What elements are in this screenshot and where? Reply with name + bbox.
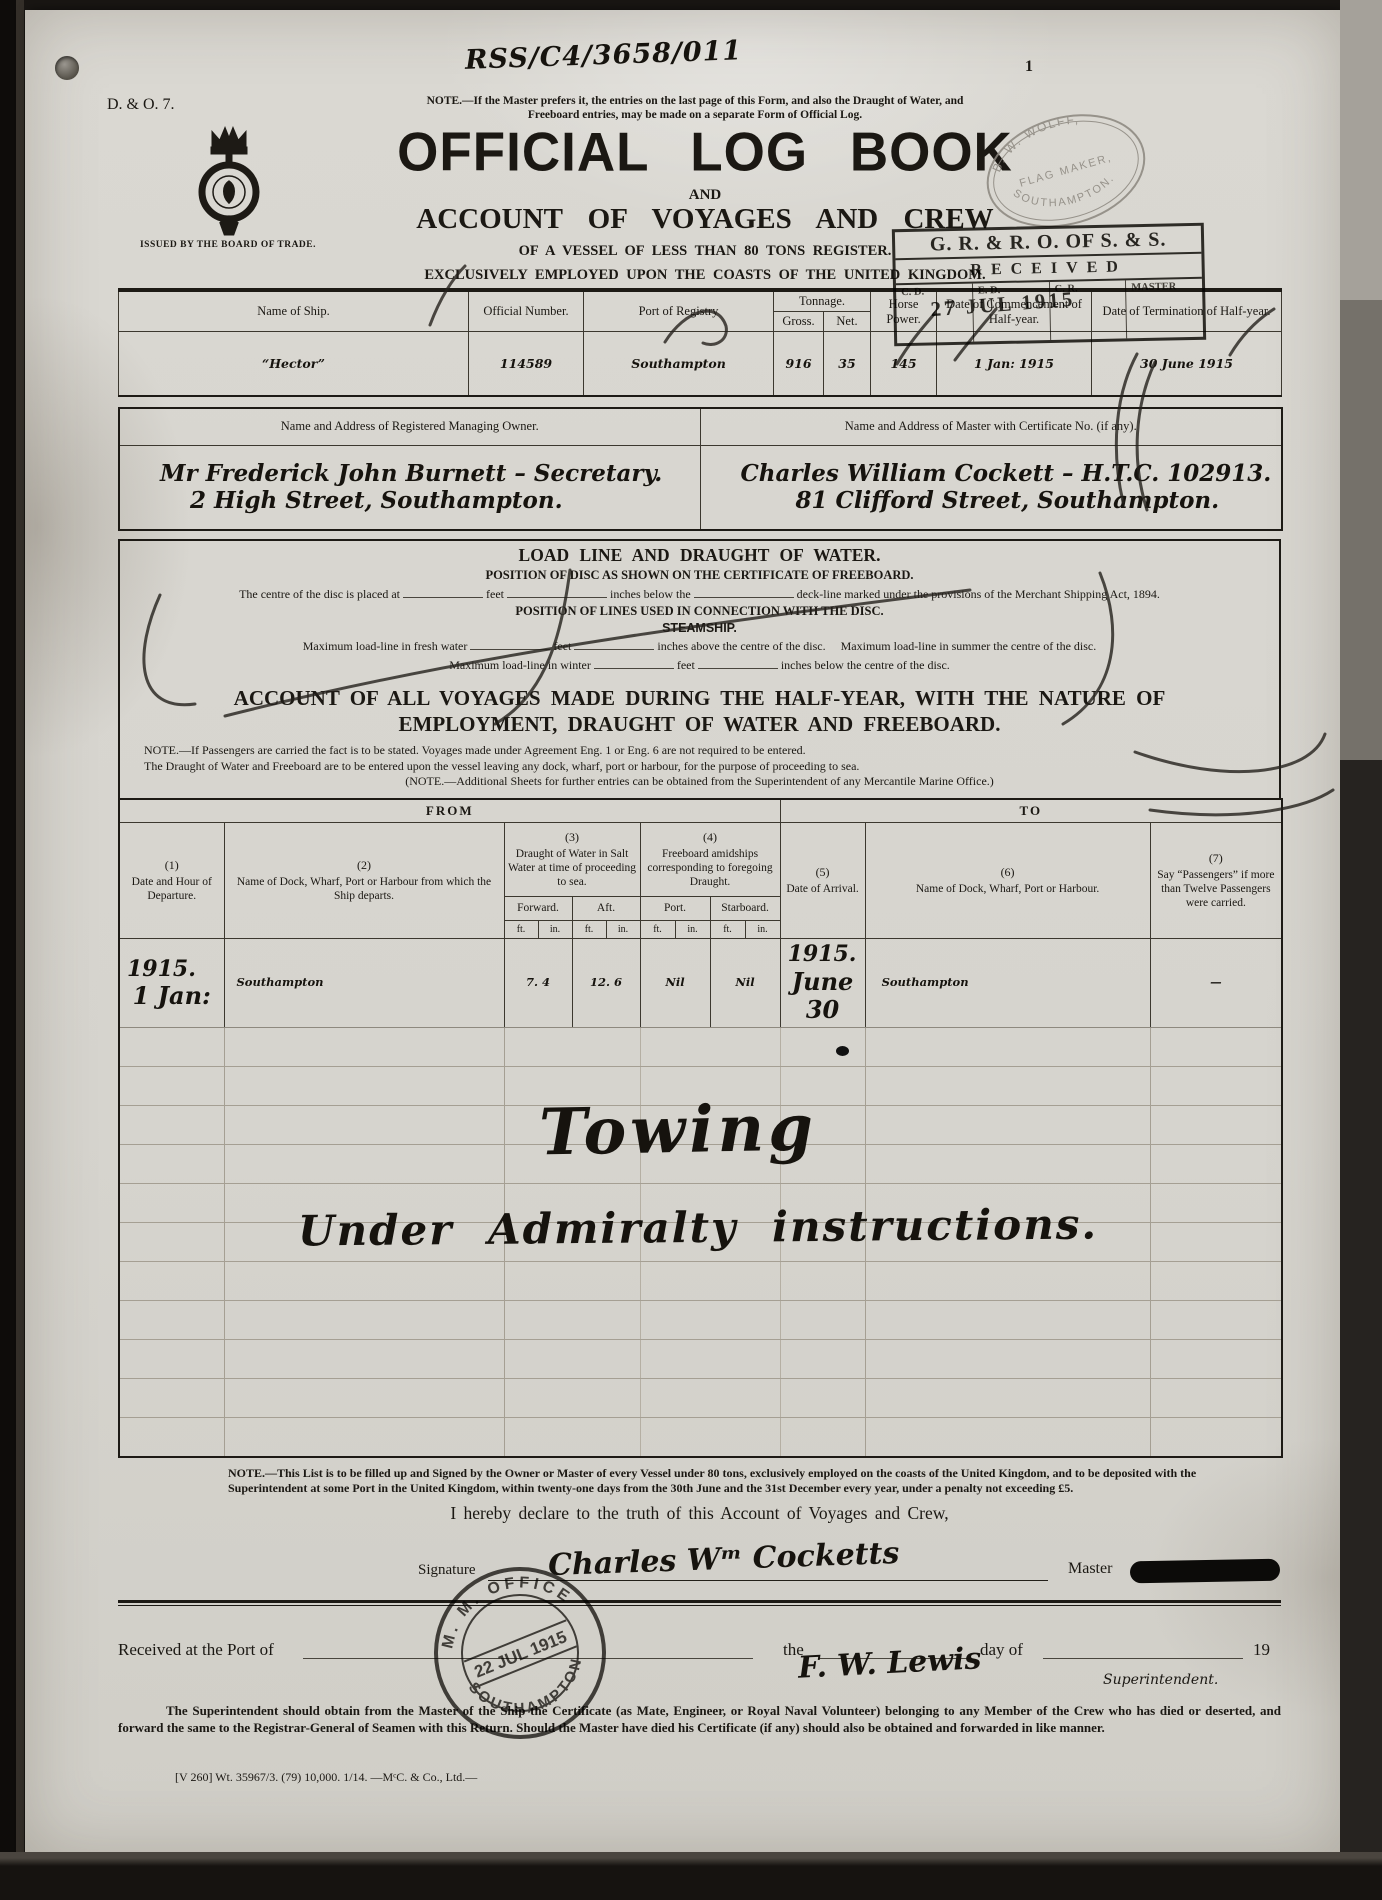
- managing-owner-header: Name and Address of Registered Managing …: [119, 408, 700, 446]
- summer-line: Maximum load-line in summer the centre o…: [841, 639, 1097, 653]
- arrival-port-value: Southampton: [865, 939, 1150, 1028]
- col3-number: (3): [508, 830, 637, 844]
- lines-position-heading: POSITION OF LINES USED IN CONNECTION WIT…: [126, 604, 1273, 619]
- managing-owner-value: Mr Frederick John Burnett – Secretary. 2…: [119, 446, 700, 530]
- port-of-registry-header: Port of Registry: [584, 290, 774, 332]
- departure-date-value: 1915. 1 Jan:: [119, 939, 224, 1028]
- master-header: Name and Address of Master with Certific…: [700, 408, 1282, 446]
- received-stamp-cell: MASTER: [1126, 279, 1203, 339]
- empty-row: [119, 1340, 1282, 1379]
- received-stamp: G. R. & R. O. OF S. & S. RECEIVED C. D. …: [892, 223, 1206, 347]
- aft-header: Aft.: [572, 897, 640, 921]
- col1-number: (1): [123, 858, 221, 872]
- master-name: Charles William Cockett – H.T.C. 102913.: [741, 460, 1279, 488]
- freeboard-starboard-value: Nil: [710, 939, 780, 1028]
- gross-tonnage-value: 916: [774, 332, 824, 396]
- account-note3: (NOTE.—Additional Sheets for further ent…: [130, 774, 1269, 790]
- section-divider-rule: [118, 1600, 1281, 1606]
- feet-word: feet: [486, 587, 504, 601]
- disc-position-heading: POSITION OF DISC AS SHOWN ON THE CERTIFI…: [126, 568, 1273, 583]
- fresh-water-line: Maximum load-line in fresh water feet in…: [126, 638, 1273, 654]
- empty-row: [119, 1028, 1282, 1067]
- col4-label: Freeboard amidships corresponding to for…: [647, 848, 772, 888]
- voyages-table-wrap: FROM TO (1) Date and Hour of Departure. …: [118, 798, 1281, 1458]
- col1-header: (1) Date and Hour of Departure.: [119, 823, 224, 939]
- col7-header: (7) Say “Passengers” if more than Twelve…: [1150, 823, 1282, 939]
- ft-unit: ft.: [504, 921, 538, 939]
- fresh-water-pre: Maximum load-line in fresh water: [303, 639, 468, 653]
- empty-row: [119, 1262, 1282, 1301]
- net-header: Net.: [824, 312, 871, 332]
- filing-note: NOTE.—This List is to be filled up and S…: [228, 1466, 1241, 1497]
- passengers-value: —: [1150, 939, 1282, 1028]
- print-code: [V 260] Wt. 35967/3. (79) 10,000. 1/14. …: [175, 1770, 477, 1785]
- in-unit: in.: [675, 921, 710, 939]
- hole-punch: [55, 56, 79, 80]
- owner-name: Mr Frederick John Burnett – Secretary.: [160, 460, 697, 488]
- col2-header: (2) Name of Dock, Wharf, Port or Harbour…: [224, 823, 504, 939]
- starboard-header: Starboard.: [710, 897, 780, 921]
- fresh-feet-blank: [470, 638, 550, 650]
- employment-entry-line1: Towing: [297, 1086, 1058, 1174]
- col2-number: (2): [228, 858, 501, 872]
- net-tonnage-value: 35: [824, 332, 871, 396]
- to-band: TO: [780, 799, 1282, 823]
- disc-centre-line: The centre of the disc is placed at feet…: [126, 586, 1273, 602]
- issued-by-label: ISSUED BY THE BOARD OF TRADE.: [103, 240, 353, 250]
- col3-label: Draught of Water in Salt Water at time o…: [508, 848, 636, 888]
- account-heading-section: ACCOUNT OF ALL VOYAGES MADE DURING THE H…: [118, 679, 1281, 798]
- load-line-section: LOAD LINE AND DRAUGHT OF WATER. POSITION…: [118, 539, 1281, 679]
- arrival-year: 1915.: [784, 941, 862, 967]
- feet-blank: [403, 586, 483, 598]
- inches-below-word: inches below the: [610, 587, 691, 601]
- account-note1: NOTE.—If Passengers are carried the fact…: [144, 743, 1269, 759]
- col5-header: (5) Date of Arrival.: [780, 823, 865, 939]
- inches-blank: [507, 586, 607, 598]
- superintendent-signature: F. W. Lewis: [797, 1641, 982, 1686]
- departure-date: 1 Jan:: [123, 982, 221, 1011]
- col2-label: Name of Dock, Wharf, Port or Harbour fro…: [237, 876, 491, 902]
- disc-centre-pre: The centre of the disc is placed at: [239, 587, 400, 601]
- port-of-registry-value: Southampton: [584, 332, 774, 396]
- gross-header: Gross.: [774, 312, 824, 332]
- official-number-header: Official Number.: [469, 290, 584, 332]
- title-and: AND: [325, 187, 1085, 204]
- account-heading-line1: ACCOUNT OF ALL VOYAGES MADE DURING THE H…: [130, 685, 1269, 711]
- winter-pre: Maximum load-line in winter: [449, 658, 591, 672]
- draught-forward-value: 7. 4: [504, 939, 572, 1028]
- col1-label: Date and Hour of Departure.: [132, 876, 212, 902]
- master-label: Master: [1068, 1560, 1112, 1578]
- master-address: 81 Clifford Street, Southampton.: [741, 487, 1279, 515]
- top-note-line2: Freeboard entries, may be made on a sepa…: [528, 109, 862, 121]
- winter-below-text: inches below the centre of the disc.: [781, 658, 950, 672]
- arrival-date: June 30: [784, 968, 862, 1026]
- winter-feet-word: feet: [677, 658, 695, 672]
- in-unit: in.: [538, 921, 572, 939]
- col7-label: Say “Passengers” if more than Twelve Pas…: [1157, 869, 1274, 909]
- employment-entry-line2: Under Admiralty instructions.: [238, 1199, 1158, 1256]
- ship-name-header: Name of Ship.: [119, 290, 469, 332]
- superintendent-label: Superintendent.: [1103, 1672, 1218, 1688]
- redaction-mark: [1130, 1559, 1280, 1584]
- empty-row: [119, 1418, 1282, 1457]
- ink-blot: [836, 1046, 849, 1056]
- in-unit: in.: [745, 921, 780, 939]
- received-row: Received at the Port of the day of 19 F.…: [118, 1628, 1281, 1676]
- top-note: NOTE.—If the Master prefers it, the entr…: [360, 94, 1030, 123]
- ship-name-value: “Hector”: [119, 332, 469, 396]
- board-of-trade-crest-icon: [183, 122, 275, 242]
- forward-header: Forward.: [504, 897, 572, 921]
- col7-number: (7): [1154, 851, 1279, 865]
- fresh-inches-blank: [574, 638, 654, 650]
- from-band: FROM: [119, 799, 780, 823]
- freeboard-port-value: Nil: [640, 939, 710, 1028]
- in-unit: in.: [606, 921, 640, 939]
- draught-aft-value: 12. 6: [572, 939, 640, 1028]
- document-page: 1 RSS/C4/3658/011 D. & O. 7. NOTE.—If th…: [25, 10, 1340, 1855]
- month-blank-line: [1043, 1658, 1243, 1659]
- master-value: Charles William Cockett – H.T.C. 102913.…: [700, 446, 1282, 530]
- tonnage-header: Tonnage.: [774, 290, 871, 312]
- page-number: 1: [1025, 58, 1033, 76]
- winter-inches-blank: [698, 657, 778, 669]
- col4-header: (4) Freeboard amidships corresponding to…: [640, 823, 780, 897]
- declaration-line: I hereby declare to the truth of this Ac…: [118, 1503, 1281, 1524]
- top-note-line1: NOTE.—If the Master prefers it, the entr…: [427, 95, 964, 107]
- photo-background: 1 RSS/C4/3658/011 D. & O. 7. NOTE.—If th…: [0, 0, 1382, 1900]
- fresh-feet-word: feet: [553, 639, 571, 653]
- archive-reference: RSS/C4/3658/011: [465, 35, 743, 76]
- form-body: Name of Ship. Official Number. Port of R…: [118, 288, 1281, 1736]
- page-stack-edge: [1340, 0, 1382, 1900]
- ft-unit: ft.: [710, 921, 745, 939]
- arrival-date-value: 1915. June 30: [780, 939, 865, 1028]
- col5-label: Date of Arrival.: [786, 883, 859, 895]
- official-number-value: 114589: [469, 332, 584, 396]
- form-code: D. & O. 7.: [107, 96, 175, 114]
- empty-row: [119, 1301, 1282, 1340]
- ft-unit: ft.: [572, 921, 606, 939]
- port-header: Port.: [640, 897, 710, 921]
- col5-number: (5): [784, 865, 862, 879]
- superintendent-instructions: The Superintendent should obtain from th…: [118, 1702, 1281, 1736]
- account-heading-line2: EMPLOYMENT, DRAUGHT OF WATER AND FREEBOA…: [130, 711, 1269, 737]
- winter-line: Maximum load-line in winter feet inches …: [126, 657, 1273, 673]
- received-at-label: Received at the Port of: [118, 1640, 274, 1660]
- year-prefix: 19: [1253, 1640, 1270, 1660]
- steamship-heading: STEAMSHIP.: [126, 621, 1273, 635]
- fresh-above-text: inches above the centre of the disc.: [657, 639, 825, 653]
- master-signature: Charles Wᵐ Cocketts: [547, 1536, 899, 1583]
- day-of-label: day of: [980, 1640, 1023, 1660]
- col4-number: (4): [644, 830, 777, 844]
- col6-number: (6): [869, 865, 1147, 879]
- desk-shadow: [0, 1852, 1382, 1900]
- col6-label: Name of Dock, Wharf, Port or Harbour.: [916, 883, 1099, 895]
- owner-master-table: Name and Address of Registered Managing …: [118, 407, 1283, 531]
- deck-line-text: deck-line marked under the provisions of…: [797, 587, 1160, 601]
- ft-unit: ft.: [640, 921, 675, 939]
- col6-header: (6) Name of Dock, Wharf, Port or Harbour…: [865, 823, 1150, 939]
- signature-row: Signature Charles Wᵐ Cocketts Master: [118, 1550, 1281, 1590]
- load-line-title: LOAD LINE AND DRAUGHT OF WATER.: [126, 545, 1273, 566]
- deck-line-blank: [694, 586, 794, 598]
- col3-header: (3) Draught of Water in Salt Water at ti…: [504, 823, 640, 897]
- empty-row: [119, 1379, 1282, 1418]
- owner-address: 2 High Street, Southampton.: [160, 487, 697, 515]
- departure-port-value: Southampton: [224, 939, 504, 1028]
- winter-feet-blank: [594, 657, 674, 669]
- departure-year: 1915.: [123, 956, 221, 982]
- account-note2: The Draught of Water and Freeboard are t…: [144, 759, 1269, 775]
